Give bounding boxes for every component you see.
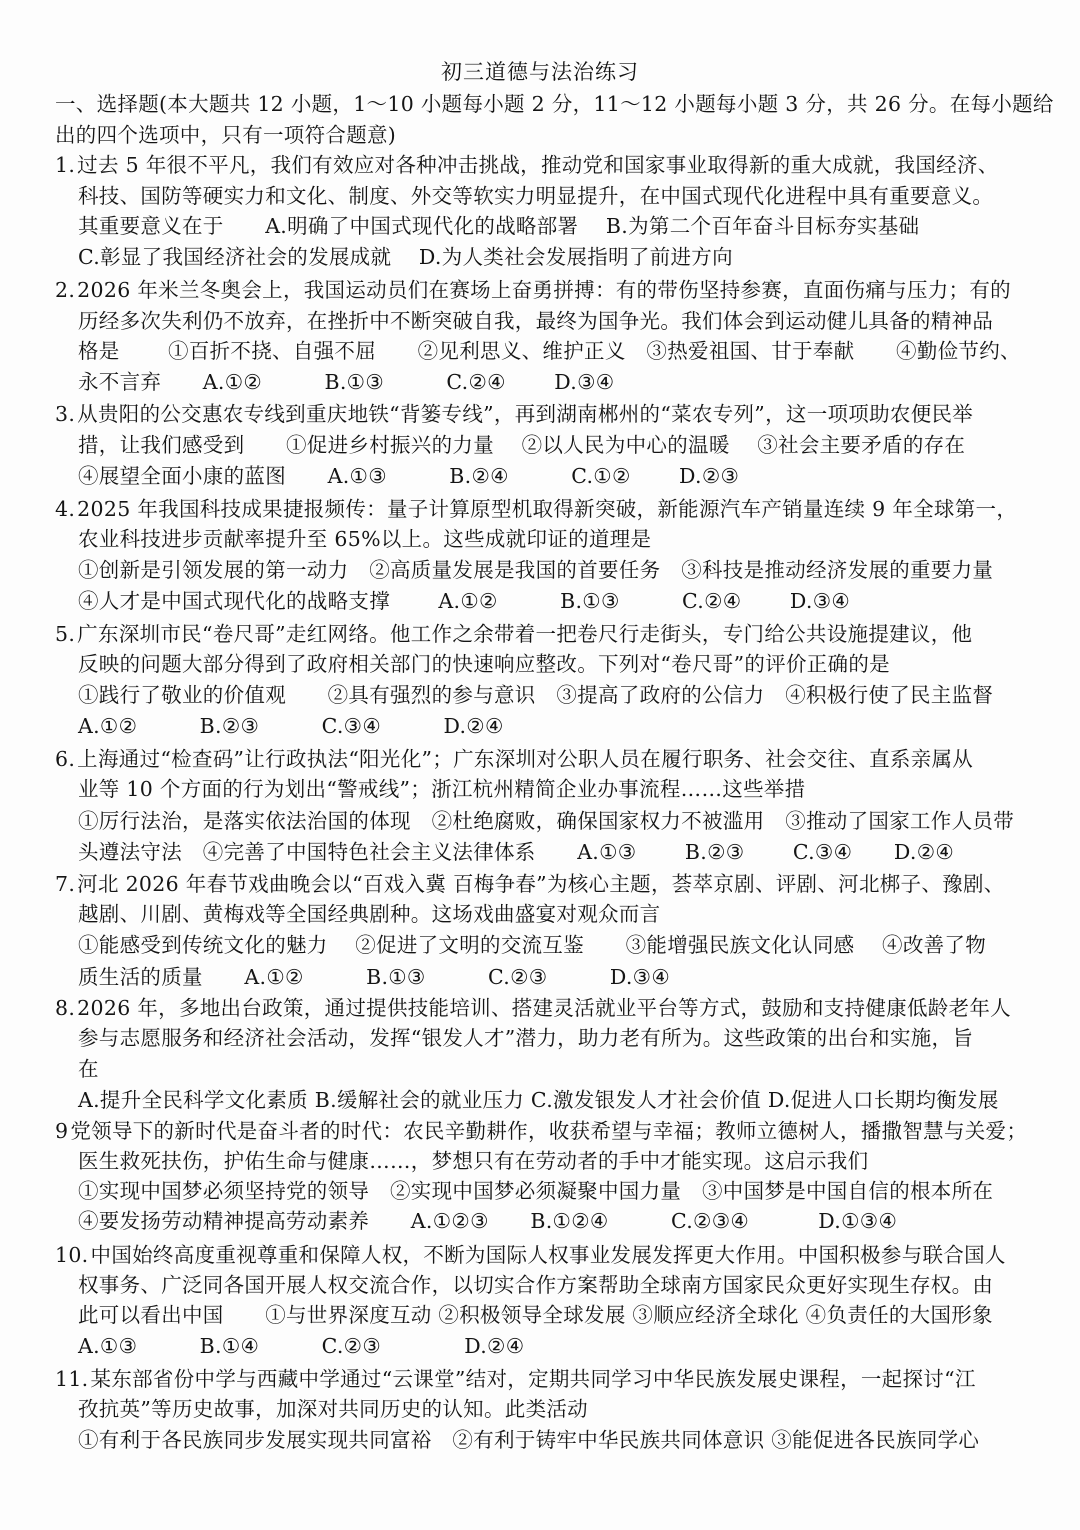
question-1-line: 1.过去 5 年很不平凡，我们有效应对各种冲击挑战，推动党和国家事业取得新的重大…: [55, 150, 999, 180]
question-text: 从贵阳的公交惠农专线到重庆地铁“背篓专线”，再到湖南郴州的“菜农专列”，这一项项…: [77, 402, 973, 426]
question-text: 中国始终高度重视尊重和保障人权，不断为国际人权事业发展发挥更大作用。中国积极参与…: [91, 1243, 1006, 1267]
question-number: 11.: [55, 1367, 89, 1391]
question-7-line: 越剧、川剧、黄梅戏等全国经典剧种。这场戏曲盛宴对观众而言: [78, 899, 660, 929]
section-heading-line: 一、选择题(本大题共 12 小题，1～10 小题每小题 2 分，11～12 小题…: [55, 89, 1054, 119]
question-number: 4.: [55, 497, 75, 521]
question-3-options: ④展望全面小康的蓝图 A.①③ B.②④ C.①② D.②③: [78, 461, 739, 491]
question-text: 某东部省份中学与西藏中学通过“云课堂”结对，定期共同学习中华民族发展史课程，一起…: [91, 1367, 976, 1391]
question-number: 5.: [55, 622, 75, 646]
question-text: 广东深圳市民“卷尺哥”走红网络。他工作之余带着一把卷尺行走街头，专门给公共设施提…: [77, 622, 972, 646]
question-text: 上海通过“检查码”让行政执法“阳光化”；广东深圳对公职人员在履行职务、社会交往、…: [77, 747, 973, 771]
question-6-line: 业等 10 个方面的行为划出“警戒线”；浙江杭州精简企业办事流程……这些举措: [78, 774, 805, 804]
question-5-line: 5.广东深圳市民“卷尺哥”走红网络。他工作之余带着一把卷尺行走街头，专门给公共设…: [55, 619, 972, 649]
question-9-statements: ①实现中国梦必须坚持党的领导 ②实现中国梦必须凝聚中国力量 ③中国梦是中国自信的…: [78, 1176, 993, 1206]
question-2-options: 永不言弃 A.①② B.①③ C.②④ D.③④: [78, 367, 614, 397]
page-title: 初三道德与法治练习: [0, 56, 1080, 86]
question-number: 7.: [55, 872, 75, 896]
question-number: 10.: [55, 1243, 89, 1267]
question-11-line: 11.某东部省份中学与西藏中学通过“云课堂”结对，定期共同学习中华民族发展史课程…: [55, 1364, 976, 1394]
question-number: 9: [55, 1119, 68, 1143]
question-1-options: C.彰显了我国经济社会的发展成就 D.为人类社会发展指明了前进方向: [78, 242, 733, 272]
question-11-statements: ①有利于各民族同步发展实现共同富裕 ②有利于铸牢中华民族共同体意识 ③能促进各民…: [78, 1425, 979, 1455]
question-10-line: 10.中国始终高度重视尊重和保障人权，不断为国际人权事业发展发挥更大作用。中国积…: [55, 1240, 1006, 1270]
question-11-line: 孜抗英”等历史故事，加深对共同历史的认知。此类活动: [78, 1394, 588, 1424]
question-7-statements: ①能感受到传统文化的魅力 ②促进了文明的交流互鉴 ③能增强民族文化认同感 ④改善…: [78, 930, 986, 960]
question-8-line: 参与志愿服务和经济社会活动，发挥“银发人才”潜力，助力老有所为。这些政策的出台和…: [78, 1023, 973, 1053]
question-8-line: 8.2026 年，多地出台政策，通过提供技能培训、搭建灵活就业平台等方式，鼓励和…: [55, 993, 1011, 1023]
question-8-options: A.提升全民科学文化素质 B.缓解社会的就业压力 C.激发银发人才社会价值 D.…: [78, 1085, 999, 1115]
question-9-options: ④要发扬劳动精神提高劳动素养 A.①②③ B.①②④ C.②③④ D.①③④: [78, 1206, 897, 1236]
question-7-line: 7.河北 2026 年春节戏曲晚会以“百戏入冀 百梅争春”为核心主题，荟萃京剧、…: [55, 869, 1005, 899]
question-4-line: 农业科技进步贡献率提升至 65%以上。这些成就印证的道理是: [78, 524, 651, 554]
question-3-statements: 措，让我们感受到 ①促进乡村振兴的力量 ②以人民为中心的温暖 ③社会主要矛盾的存…: [78, 430, 965, 460]
question-9-line: 医生救死扶伤，护佑生命与健康……，梦想只有在劳动者的手中才能实现。这启示我们: [78, 1146, 868, 1176]
question-number: 1.: [55, 153, 75, 177]
question-10-line: 权事务、广泛同各国开展人权交流合作，以切实合作方案帮助全球南方国家民众更好实现生…: [78, 1270, 993, 1300]
question-text: 2025 年我国科技成果捷报频传：量子计算原型机取得新突破，新能源汽车产销量连续…: [77, 497, 1017, 521]
question-5-statements: ①践行了敬业的价值观 ②具有强烈的参与意识 ③提高了政府的公信力 ④积极行使了民…: [78, 680, 993, 710]
question-5-options: A.①② B.②③ C.③④ D.②④: [78, 711, 504, 741]
question-1-options: 其重要意义在于 A.明确了中国式现代化的战略部署 B.为第二个百年奋斗目标夯实基…: [78, 211, 919, 241]
question-7-options: 质生活的质量 A.①② B.①③ C.②③ D.③④: [78, 962, 670, 992]
question-10-options: A.①③ B.①④ C.②③ D.②④: [78, 1331, 524, 1361]
question-number: 8.: [55, 996, 75, 1020]
question-6-line: 6.上海通过“检查码”让行政执法“阳光化”；广东深圳对公职人员在履行职务、社会交…: [55, 744, 973, 774]
question-number: 6.: [55, 747, 75, 771]
question-text: 河北 2026 年春节戏曲晚会以“百戏入冀 百梅争春”为核心主题，荟萃京剧、评剧…: [77, 872, 1004, 896]
question-3-line: 3.从贵阳的公交惠农专线到重庆地铁“背篓专线”，再到湖南郴州的“菜农专列”，这一…: [55, 399, 973, 429]
question-4-statements: ①创新是引领发展的第一动力 ②高质量发展是我国的首要任务 ③科技是推动经济发展的…: [78, 555, 993, 585]
question-6-options: 头遵法守法 ④完善了中国特色社会主义法律体系 A.①③ B.②③ C.③④ D.…: [78, 837, 954, 867]
question-6-statements: ①厉行法治，是落实依法治国的体现 ②杜绝腐败，确保国家权力不被滥用 ③推动了国家…: [78, 806, 1014, 836]
question-1-line: 科技、国防等硬实力和文化、制度、外交等软实力明显提升，在中国式现代化进程中具有重…: [78, 181, 993, 211]
question-number: 3.: [55, 402, 75, 426]
question-5-line: 反映的问题大部分得到了政府相关部门的快速响应整改。下列对“卷尺哥”的评价正确的是: [78, 649, 890, 679]
scanned-exam-page: 初三道德与法治练习 一、选择题(本大题共 12 小题，1～10 小题每小题 2 …: [0, 0, 1080, 1530]
question-2-statements: 格是 ①百折不挠、自强不屈 ②见利思义、维护正义 ③热爱祖国、甘于奉献 ④勤俭节…: [78, 336, 1021, 366]
question-text: 过去 5 年很不平凡，我们有效应对各种冲击挑战，推动党和国家事业取得新的重大成就…: [77, 153, 998, 177]
question-2-line: 历经多次失利仍不放弃，在挫折中不断突破自我，最终为国争光。我们体会到运动健儿具备…: [78, 306, 993, 336]
question-text: 2026 年米兰冬奥会上，我国运动员们在赛场上奋勇拼搏：有的带伤坚持参赛，直面伤…: [77, 278, 1011, 302]
section-heading-line: 出的四个选项中，只有一项符合题意): [55, 120, 396, 150]
question-text: 2026 年，多地出台政策，通过提供技能培训、搭建灵活就业平台等方式，鼓励和支持…: [77, 996, 1011, 1020]
question-2-line: 2.2026 年米兰冬奥会上，我国运动员们在赛场上奋勇拼搏：有的带伤坚持参赛，直…: [55, 275, 1011, 305]
question-4-line: 4.2025 年我国科技成果捷报频传：量子计算原型机取得新突破，新能源汽车产销量…: [55, 494, 1017, 524]
question-9-line: 9党领导下的新时代是奋斗者的时代：农民辛勤耕作，收获希望与幸福；教师立德树人，播…: [55, 1116, 1027, 1146]
question-10-statements: 此可以看出中国 ①与世界深度互动 ②积极领导全球发展 ③顺应经济全球化 ④负责任…: [78, 1300, 993, 1330]
question-text: 党领导下的新时代是奋斗者的时代：农民辛勤耕作，收获希望与幸福；教师立德树人，播撒…: [70, 1119, 1027, 1143]
question-8-line: 在: [78, 1054, 99, 1084]
question-number: 2.: [55, 278, 75, 302]
question-4-options: ④人才是中国式现代化的战略支撑 A.①② B.①③ C.②④ D.③④: [78, 586, 850, 616]
